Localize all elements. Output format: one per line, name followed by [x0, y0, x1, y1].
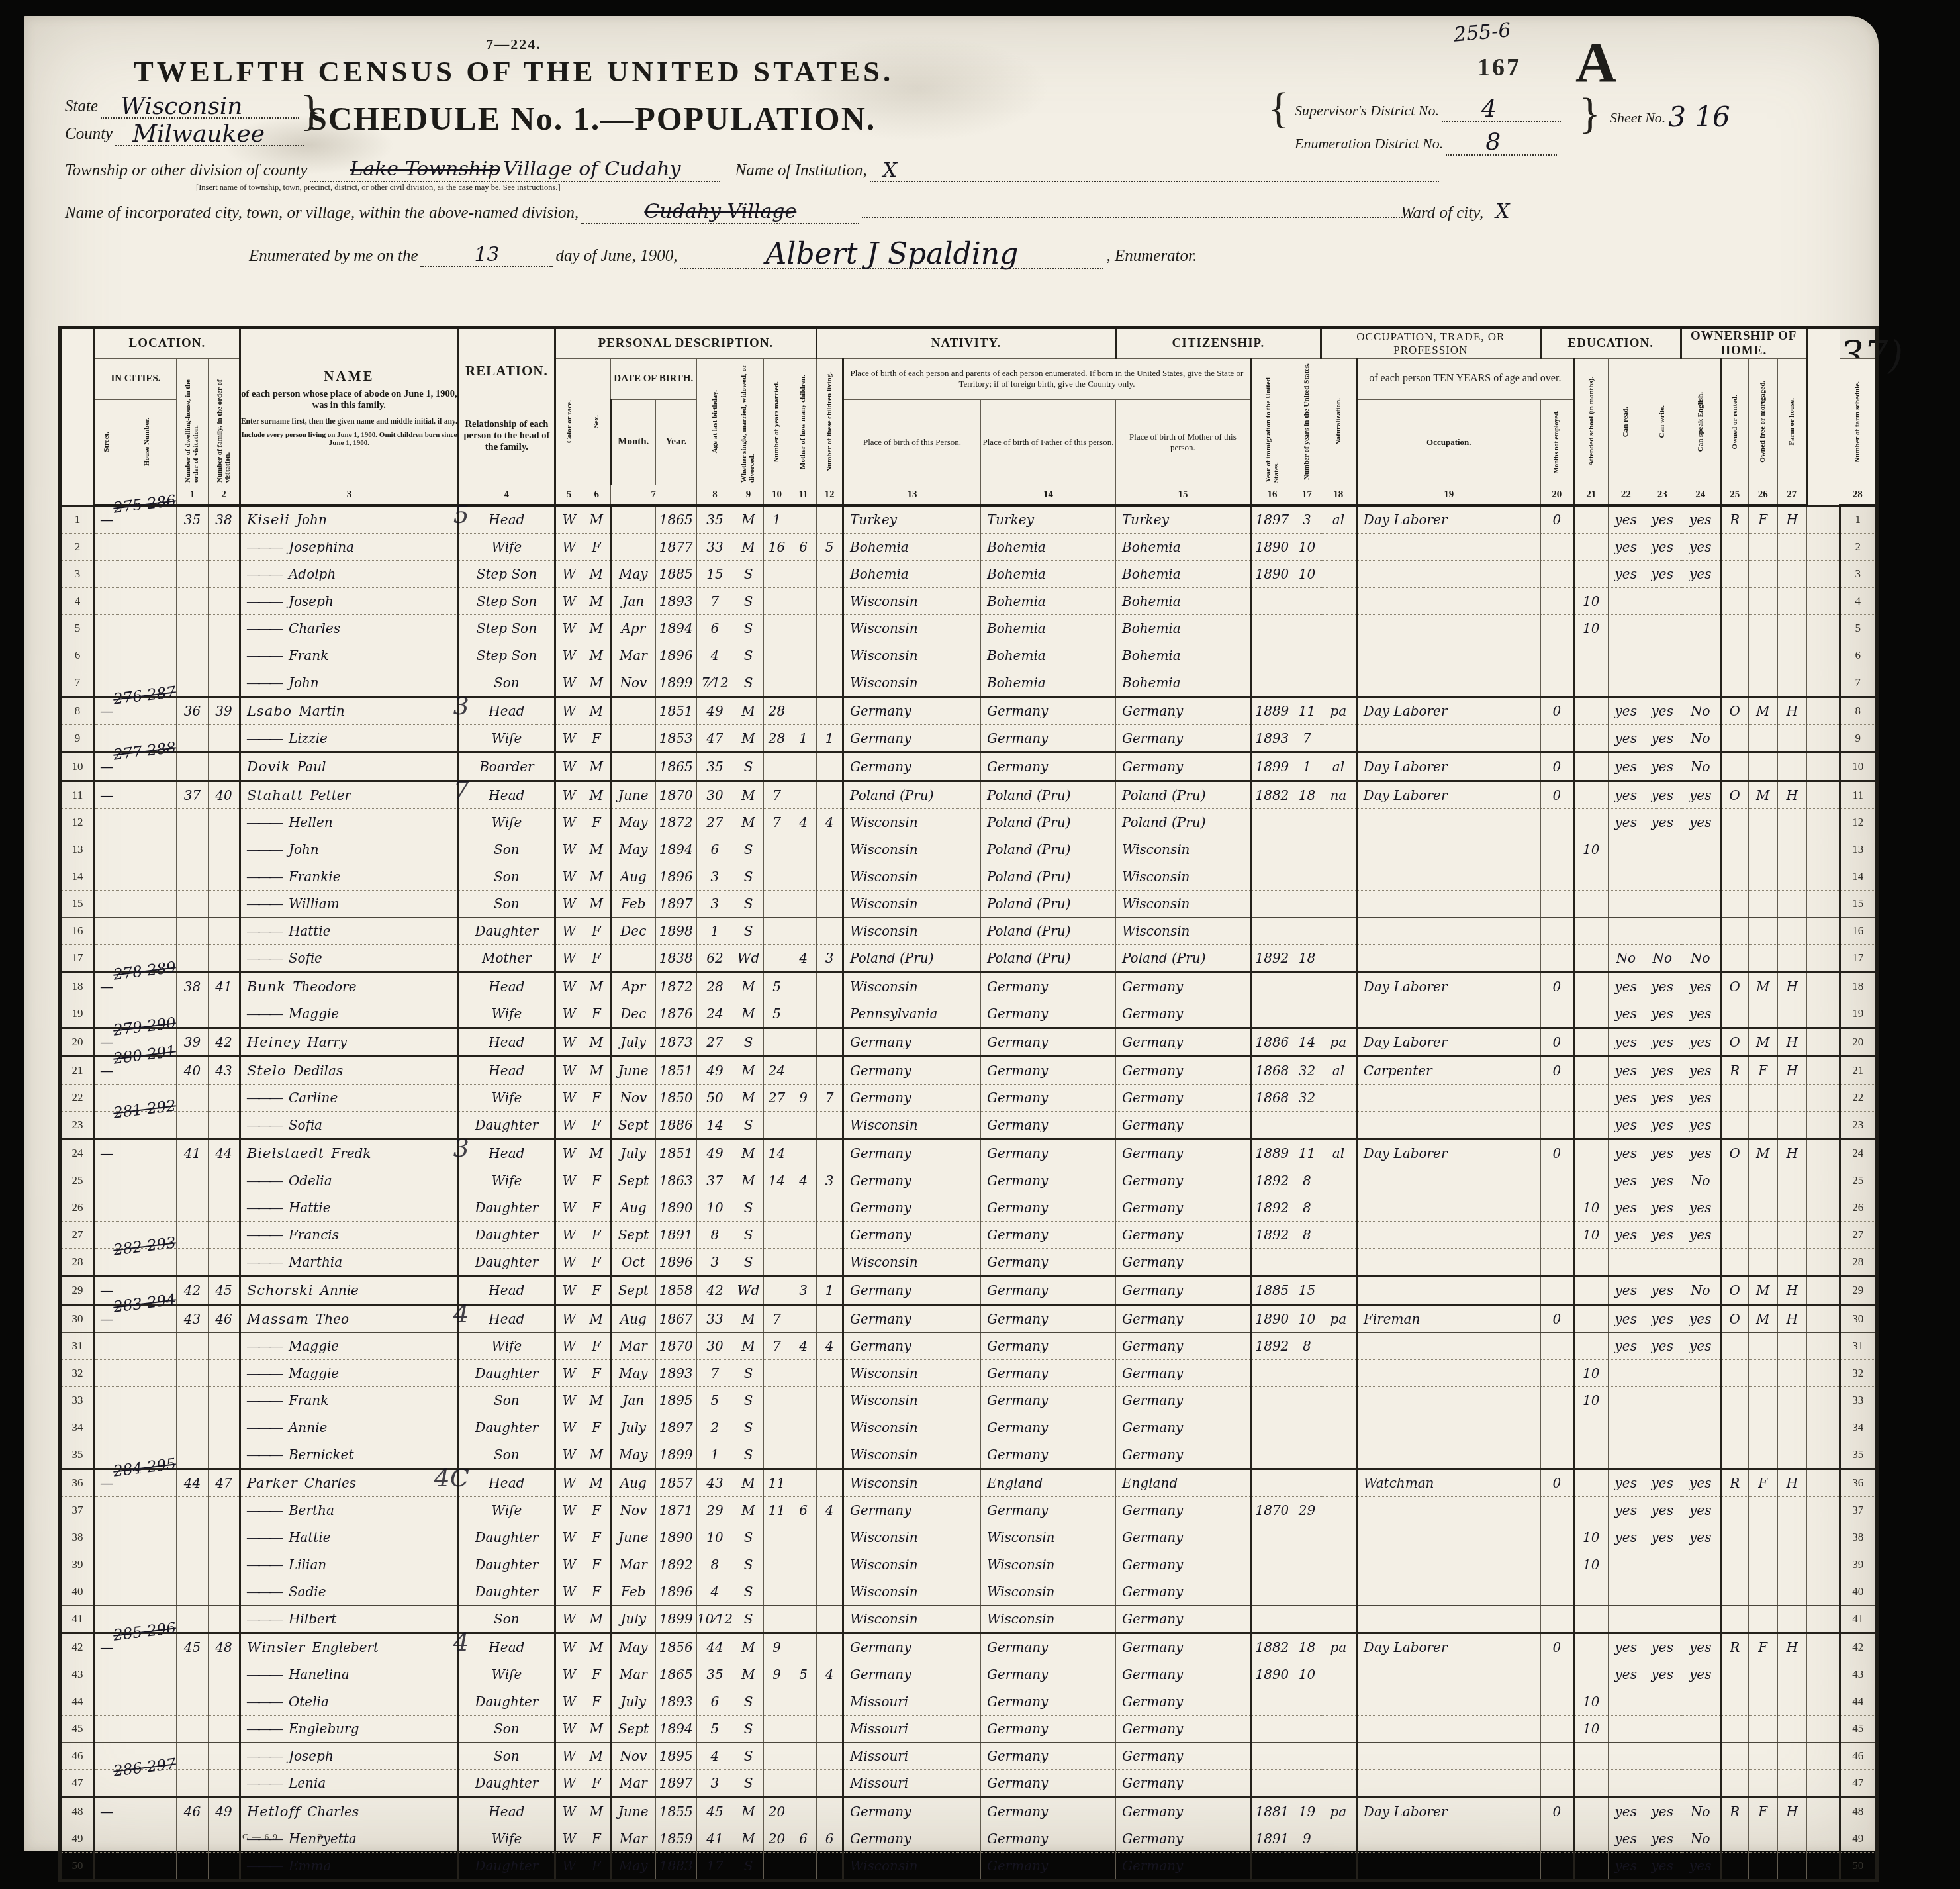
- cell-family-number: [208, 1000, 240, 1028]
- cell-birthplace: Wisconsin: [843, 1441, 980, 1469]
- cell-dwelling-number: [176, 836, 208, 863]
- ownership-header: OWNERSHIP OF HOME.: [1681, 328, 1806, 359]
- cell-immigration-year: 1892: [1250, 945, 1293, 973]
- cell-attended-school: [1573, 973, 1608, 1000]
- cell-mother-children: [790, 1606, 817, 1633]
- cell-birth-year: 1871: [655, 1497, 696, 1524]
- cell-family-number: 40: [208, 781, 240, 809]
- cell-age: 42: [696, 1277, 733, 1305]
- cell-months-not-employed: 0: [1540, 1633, 1573, 1661]
- cell-birthplace: Wisconsin: [843, 615, 980, 642]
- col-birthplace-father: Place of birth of Father of this person.: [980, 399, 1115, 485]
- cell-dwelling-number: [176, 1222, 208, 1249]
- cell-can-read: yes: [1608, 1333, 1644, 1360]
- citizenship-header: CITIZENSHIP.: [1115, 328, 1321, 359]
- cell-can-write: yes: [1644, 1028, 1681, 1057]
- col-free-mortgaged: Owned free or mortgaged.: [1748, 359, 1777, 485]
- cell-immigration-year: 1868: [1250, 1085, 1293, 1112]
- cell-color: W: [555, 1551, 583, 1578]
- cell-occupation: [1356, 1497, 1540, 1524]
- cell-naturalization: [1321, 1194, 1356, 1222]
- line-number-right: 34: [1840, 1414, 1877, 1441]
- col-can-read: Can read.: [1608, 359, 1644, 485]
- line-number: 40: [60, 1578, 95, 1606]
- cell-months-not-employed: 0: [1540, 1798, 1573, 1825]
- cell-naturalization: [1321, 642, 1356, 669]
- cell-occupation: [1356, 809, 1540, 836]
- line-number: 48: [60, 1798, 95, 1825]
- cell-owned-rented: [1720, 642, 1748, 669]
- cell-age: 7: [696, 1360, 733, 1387]
- cell-birth-month: [610, 725, 655, 753]
- cell-street: [94, 642, 118, 669]
- cell-can-write: yes: [1644, 973, 1681, 1000]
- cell-marital: M: [733, 534, 764, 561]
- cell-sex: M: [583, 561, 610, 588]
- line-number-right: 23: [1840, 1112, 1877, 1139]
- cell-sex: F: [583, 1112, 610, 1139]
- cell-age: 47: [696, 725, 733, 753]
- line-number-right: 11: [1840, 781, 1877, 809]
- cell-relation: Daughter: [458, 1249, 555, 1277]
- cell-father-birthplace: Germany: [980, 1743, 1115, 1770]
- cell-father-birthplace: Bohemia: [980, 561, 1115, 588]
- cell-mother-birthplace: Germany: [1115, 1222, 1250, 1249]
- enumerated-label-1: Enumerated by me on the: [249, 247, 418, 265]
- census-row: 50———EmmaDaughterWFMay188317SWisconsinGe…: [60, 1853, 1877, 1881]
- cell-age: 3: [696, 863, 733, 891]
- cell-attended-school: 10: [1573, 836, 1608, 863]
- cell-sex: F: [583, 1222, 610, 1249]
- cell-name: ———Charles: [240, 615, 458, 642]
- cell-color: W: [555, 1688, 583, 1716]
- cell-dwelling-number: [176, 1333, 208, 1360]
- cell-name: ———Hilbert: [240, 1606, 458, 1633]
- cell-street: [94, 1688, 118, 1716]
- cell-family-number: [208, 1497, 240, 1524]
- col-years-in-us: Number of years in the United States.: [1293, 359, 1321, 485]
- cell-relation: Wife: [458, 809, 555, 836]
- cell-street: [94, 615, 118, 642]
- cell-mother-children: [790, 1716, 817, 1743]
- cell-house-number: [118, 863, 176, 891]
- cell-can-read: yes: [1608, 1497, 1644, 1524]
- cell-color: W: [555, 669, 583, 697]
- cell-children-living: [817, 1112, 843, 1139]
- schedule-title: SCHEDULE No. 1.—POPULATION.: [308, 99, 798, 138]
- cell-farm-house: [1777, 669, 1806, 697]
- cell-relation: Head: [458, 1798, 555, 1825]
- cell-father-birthplace: Bohemia: [980, 588, 1115, 615]
- cell-family-number: [208, 1770, 240, 1798]
- cell-owned-rented: O: [1720, 1139, 1748, 1167]
- cell-family-number: 48: [208, 1633, 240, 1661]
- sheet-value: 3 16: [1668, 101, 1730, 133]
- line-number: 41: [60, 1606, 95, 1633]
- cell-attended-school: [1573, 642, 1608, 669]
- cell-years-married: [764, 1360, 790, 1387]
- cell-age: 35: [696, 753, 733, 781]
- cell-months-not-employed: [1540, 1414, 1573, 1441]
- census-row: 6———FrankStep SonWMMar18964SWisconsinBoh…: [60, 642, 1877, 669]
- cell-marital: M: [733, 973, 764, 1000]
- cell-marital: S: [733, 918, 764, 945]
- cell-months-not-employed: [1540, 836, 1573, 863]
- cell-mother-children: [790, 1194, 817, 1222]
- cell-age: 10⁄12: [696, 1606, 733, 1633]
- cell-color: W: [555, 1825, 583, 1853]
- cell-father-birthplace: Germany: [980, 697, 1115, 725]
- cell-owned-rented: [1720, 809, 1748, 836]
- cell-name: ———Lilian: [240, 1551, 458, 1578]
- cell-dwelling-number: [176, 1497, 208, 1524]
- schedule-rows: 1—275 2863538Kiseli John5HeadWM186535M1T…: [60, 505, 1877, 1881]
- cell-birthplace: Germany: [843, 1333, 980, 1360]
- cell-children-living: [817, 1305, 843, 1333]
- cell-naturalization: [1321, 973, 1356, 1000]
- cell-months-not-employed: [1540, 1825, 1573, 1853]
- line-number-right: 3: [1840, 561, 1877, 588]
- line-number: 22: [60, 1085, 95, 1112]
- cell-free-mortgaged: F: [1748, 1469, 1777, 1497]
- cell-name: ———Odelia: [240, 1167, 458, 1194]
- cell-mother-children: [790, 669, 817, 697]
- cell-months-not-employed: [1540, 1497, 1573, 1524]
- cell-marital: M: [733, 1333, 764, 1360]
- cell-can-read: yes: [1608, 1057, 1644, 1085]
- cell-street: [94, 809, 118, 836]
- cell-father-birthplace: England: [980, 1469, 1115, 1497]
- cell-can-speak-english: yes: [1681, 1633, 1720, 1661]
- cell-immigration-year: [1250, 863, 1293, 891]
- cell-owned-rented: [1720, 1770, 1748, 1798]
- cell-father-birthplace: Germany: [980, 1167, 1115, 1194]
- cell-attended-school: [1573, 1497, 1608, 1524]
- cell-years-in-us: 10: [1293, 1305, 1321, 1333]
- cell-mother-birthplace: Germany: [1115, 1085, 1250, 1112]
- cell-can-read: yes: [1608, 753, 1644, 781]
- cell-years-married: 20: [764, 1825, 790, 1853]
- cell-relation: Daughter: [458, 918, 555, 945]
- cell-farm-house: [1777, 891, 1806, 918]
- cell-can-speak-english: No: [1681, 725, 1720, 753]
- cell-attended-school: [1573, 697, 1608, 725]
- cell-father-birthplace: Germany: [980, 1441, 1115, 1469]
- cell-relation: Son: [458, 1716, 555, 1743]
- col-marital-status: Whether single, married, widowed, or div…: [733, 359, 764, 485]
- cell-years-in-us: [1293, 1853, 1321, 1881]
- cell-attended-school: [1573, 534, 1608, 561]
- census-row: 5———CharlesStep SonWMApr18946SWisconsinB…: [60, 615, 1877, 642]
- cell-free-mortgaged: F: [1748, 1633, 1777, 1661]
- line-number-right: 48: [1840, 1798, 1877, 1825]
- cell-months-not-employed: [1540, 809, 1573, 836]
- name-caption-2: Enter surname first, then the given name…: [241, 418, 457, 426]
- cell-farm-schedule: [1806, 836, 1840, 863]
- cell-farm-schedule: [1806, 1633, 1840, 1661]
- line-number-right: 16: [1840, 918, 1877, 945]
- cell-name: ———Joseph: [240, 588, 458, 615]
- cell-family-number: [208, 1716, 240, 1743]
- cell-farm-house: [1777, 1222, 1806, 1249]
- cell-birth-month: [610, 534, 655, 561]
- cell-name: Hetloff Charles: [240, 1798, 458, 1825]
- cell-birth-year: 1890: [655, 1194, 696, 1222]
- cell-occupation: [1356, 1112, 1540, 1139]
- cell-street: [94, 561, 118, 588]
- cell-mother-birthplace: Germany: [1115, 1770, 1250, 1798]
- census-row: 48—4649Hetloff CharlesHeadWMJune185545M2…: [60, 1798, 1877, 1825]
- cell-farm-schedule: [1806, 505, 1840, 534]
- cell-birthplace: Germany: [843, 1028, 980, 1057]
- cell-sex: M: [583, 1798, 610, 1825]
- cell-relation: Head: [458, 1057, 555, 1085]
- cell-birth-month: Apr: [610, 973, 655, 1000]
- colnum: 20: [1540, 485, 1573, 506]
- census-row: 26———HattieDaughterWFAug189010SGermanyGe…: [60, 1194, 1877, 1222]
- cell-years-in-us: 19: [1293, 1798, 1321, 1825]
- cell-immigration-year: [1250, 615, 1293, 642]
- cell-sex: F: [583, 1085, 610, 1112]
- cell-can-write: yes: [1644, 1633, 1681, 1661]
- cell-attended-school: [1573, 1000, 1608, 1028]
- cell-dwelling-number: [176, 615, 208, 642]
- cell-can-read: yes: [1608, 697, 1644, 725]
- cell-occupation: Day Laborer: [1356, 1798, 1540, 1825]
- cell-years-in-us: 11: [1293, 1139, 1321, 1167]
- cell-birth-year: 1894: [655, 836, 696, 863]
- cell-months-not-employed: [1540, 1333, 1573, 1360]
- line-number-right: 46: [1840, 1743, 1877, 1770]
- cell-dwelling-number: 45: [176, 1633, 208, 1661]
- cell-attended-school: [1573, 918, 1608, 945]
- cell-years-in-us: 32: [1293, 1085, 1321, 1112]
- cell-house-number: 278 289: [118, 973, 176, 1000]
- line-number: 46: [60, 1743, 95, 1770]
- cell-attended-school: [1573, 1028, 1608, 1057]
- cell-farm-schedule: [1806, 973, 1840, 1000]
- cell-mother-birthplace: Germany: [1115, 1633, 1250, 1661]
- cell-birthplace: Germany: [843, 1057, 980, 1085]
- cell-family-number: [208, 1112, 240, 1139]
- census-row: 1—275 2863538Kiseli John5HeadWM186535M1T…: [60, 505, 1877, 534]
- cell-free-mortgaged: [1748, 863, 1777, 891]
- cell-relation: Daughter: [458, 1222, 555, 1249]
- cell-farm-house: [1777, 1387, 1806, 1414]
- cell-house-number: 285 296: [118, 1633, 176, 1661]
- cell-immigration-year: [1250, 1524, 1293, 1551]
- cell-age: 49: [696, 697, 733, 725]
- cell-birth-month: Nov: [610, 1497, 655, 1524]
- cell-father-birthplace: Germany: [980, 1770, 1115, 1798]
- colnum: 6: [583, 485, 610, 506]
- cell-sex: F: [583, 1578, 610, 1606]
- cell-marital: M: [733, 1469, 764, 1497]
- cell-age: 27: [696, 1028, 733, 1057]
- cell-years-married: [764, 1688, 790, 1716]
- cell-can-speak-english: [1681, 1387, 1720, 1414]
- cell-farm-house: H: [1777, 1139, 1806, 1167]
- line-number: 44: [60, 1688, 95, 1716]
- cell-naturalization: [1321, 669, 1356, 697]
- cell-age: 49: [696, 1057, 733, 1085]
- cell-name: ———Hellen: [240, 809, 458, 836]
- cell-house-number: 276 287: [118, 697, 176, 725]
- cell-father-birthplace: Germany: [980, 1716, 1115, 1743]
- cell-mother-children: [790, 836, 817, 863]
- cell-years-married: [764, 1743, 790, 1770]
- cell-years-married: [764, 1578, 790, 1606]
- cell-can-speak-english: yes: [1681, 1333, 1720, 1360]
- cell-name: ———Emma: [240, 1853, 458, 1881]
- cell-can-read: [1608, 642, 1644, 669]
- line-number-right: 26: [1840, 1194, 1877, 1222]
- cell-marital: M: [733, 1305, 764, 1333]
- line-number: 12: [60, 809, 95, 836]
- cell-mother-birthplace: Wisconsin: [1115, 863, 1250, 891]
- cell-occupation: Day Laborer: [1356, 1028, 1540, 1057]
- cell-children-living: [817, 973, 843, 1000]
- cell-years-married: 1: [764, 505, 790, 534]
- cell-owned-rented: O: [1720, 1277, 1748, 1305]
- cell-birth-month: May: [610, 561, 655, 588]
- cell-children-living: [817, 1551, 843, 1578]
- cell-occupation: [1356, 561, 1540, 588]
- brace-icon: {: [1268, 83, 1289, 134]
- cell-can-write: yes: [1644, 1167, 1681, 1194]
- cell-birth-month: Sept: [610, 1167, 655, 1194]
- line-number-right: 47: [1840, 1770, 1877, 1798]
- cell-age: 1: [696, 1441, 733, 1469]
- cell-birth-month: May: [610, 1441, 655, 1469]
- cell-relation: Head: [458, 697, 555, 725]
- cell-attended-school: [1573, 1853, 1608, 1881]
- cell-months-not-employed: [1540, 1743, 1573, 1770]
- col-dwelling-number: Number of dwelling-house, in the order o…: [176, 359, 208, 485]
- cell-occupation: Fireman: [1356, 1305, 1540, 1333]
- line-number-right: 27: [1840, 1222, 1877, 1249]
- cell-relation: Head: [458, 1028, 555, 1057]
- cell-street: [94, 1194, 118, 1222]
- line-number-right: 5: [1840, 615, 1877, 642]
- cell-farm-schedule: [1806, 725, 1840, 753]
- cell-marital: M: [733, 1825, 764, 1853]
- cell-farm-house: [1777, 534, 1806, 561]
- cell-father-birthplace: Germany: [980, 1249, 1115, 1277]
- cell-can-read: yes: [1608, 1139, 1644, 1167]
- cell-age: 8: [696, 1222, 733, 1249]
- cell-birthplace: Wisconsin: [843, 669, 980, 697]
- census-row: 11—3740Stahatt Petter7HeadWMJune187030M7…: [60, 781, 1877, 809]
- cell-birth-month: Mar: [610, 1770, 655, 1798]
- line-number: 21: [60, 1057, 95, 1085]
- cell-farm-schedule: [1806, 669, 1840, 697]
- cell-father-birthplace: Germany: [980, 1360, 1115, 1387]
- cell-marital: S: [733, 1770, 764, 1798]
- cell-owned-rented: [1720, 1249, 1748, 1277]
- cell-color: W: [555, 1333, 583, 1360]
- cell-free-mortgaged: [1748, 918, 1777, 945]
- cell-street: [94, 1167, 118, 1194]
- cell-birth-month: Aug: [610, 1469, 655, 1497]
- cell-mother-children: [790, 1360, 817, 1387]
- cell-farm-schedule: [1806, 1387, 1840, 1414]
- cell-years-in-us: [1293, 1524, 1321, 1551]
- cell-mother-birthplace: Germany: [1115, 1333, 1250, 1360]
- cell-children-living: 4: [817, 1333, 843, 1360]
- cell-mother-children: [790, 1222, 817, 1249]
- cell-months-not-employed: [1540, 1000, 1573, 1028]
- line-number: 15: [60, 891, 95, 918]
- cell-birth-month: Jan: [610, 1387, 655, 1414]
- cell-naturalization: pa: [1321, 1633, 1356, 1661]
- cell-farm-house: [1777, 1112, 1806, 1139]
- occupation-header: OCCUPATION, TRADE, OR PROFESSION: [1321, 328, 1540, 359]
- cell-relation: Son: [458, 836, 555, 863]
- sheet-label: Sheet No.: [1610, 109, 1665, 126]
- cell-months-not-employed: [1540, 1578, 1573, 1606]
- cell-family-number: [208, 1167, 240, 1194]
- cell-sex: F: [583, 1000, 610, 1028]
- cell-can-read: yes: [1608, 1633, 1644, 1661]
- cell-mother-children: [790, 642, 817, 669]
- cell-naturalization: [1321, 725, 1356, 753]
- cell-can-write: [1644, 669, 1681, 697]
- cell-can-write: yes: [1644, 1524, 1681, 1551]
- cell-birth-year: 1893: [655, 1360, 696, 1387]
- enumerator-tally-mark: 4C: [434, 1463, 469, 1492]
- cell-color: W: [555, 1770, 583, 1798]
- cell-father-birthplace: Germany: [980, 1305, 1115, 1333]
- cell-children-living: [817, 669, 843, 697]
- cell-age: 10: [696, 1194, 733, 1222]
- cell-children-living: [817, 1360, 843, 1387]
- cell-farm-house: H: [1777, 1057, 1806, 1085]
- cell-months-not-employed: [1540, 891, 1573, 918]
- date-of-birth-header: DATE OF BIRTH.: [610, 359, 696, 400]
- line-number-right: 15: [1840, 891, 1877, 918]
- census-row: 35———BernicketSonWMMay18991SWisconsinGer…: [60, 1441, 1877, 1469]
- cell-family-number: [208, 1360, 240, 1387]
- cell-mother-children: [790, 1000, 817, 1028]
- cell-sex: F: [583, 1277, 610, 1305]
- cell-dwelling-number: [176, 753, 208, 781]
- cell-father-birthplace: Wisconsin: [980, 1578, 1115, 1606]
- colnum: 18: [1321, 485, 1356, 506]
- cell-owned-rented: [1720, 669, 1748, 697]
- cell-birth-year: 1895: [655, 1387, 696, 1414]
- cell-farm-house: [1777, 1497, 1806, 1524]
- cell-farm-schedule: [1806, 1853, 1840, 1881]
- census-title: TWELFTH CENSUS OF THE UNITED STATES.: [24, 54, 1003, 89]
- cell-owned-rented: O: [1720, 781, 1748, 809]
- cell-house-number: 275 286: [118, 505, 176, 534]
- cell-mother-children: [790, 697, 817, 725]
- cell-relation: Son: [458, 1441, 555, 1469]
- cell-years-married: [764, 588, 790, 615]
- cell-years-in-us: 1: [1293, 753, 1321, 781]
- cell-mother-children: [790, 1743, 817, 1770]
- cell-can-write: [1644, 1578, 1681, 1606]
- cell-can-speak-english: yes: [1681, 505, 1720, 534]
- cell-attended-school: [1573, 1743, 1608, 1770]
- cell-age: 62: [696, 945, 733, 973]
- cell-owned-rented: [1720, 945, 1748, 973]
- cell-birthplace: Germany: [843, 1277, 980, 1305]
- cell-occupation: [1356, 1194, 1540, 1222]
- cell-father-birthplace: Germany: [980, 1028, 1115, 1057]
- cell-naturalization: [1321, 561, 1356, 588]
